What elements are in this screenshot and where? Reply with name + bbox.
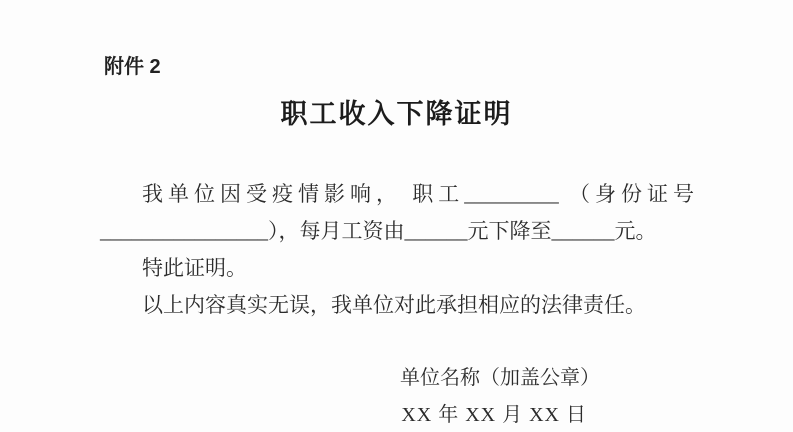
body-paragraph-1-line-2: ________________），每月工资由______元下降至______元… xyxy=(100,213,713,250)
unit-name-seal-line: 单位名称（加盖公章） xyxy=(0,360,793,397)
date-line: XX 年 XX 月 XX 日 xyxy=(0,397,793,432)
document-title: 职工收入下降证明 xyxy=(0,96,793,132)
body-paragraph-2: 特此证明。 xyxy=(100,250,713,287)
body-text-segment: 我单位因受疫情影响， 职工 xyxy=(142,182,464,206)
certificate-document: 附件 2 职工收入下降证明 我单位因受疫情影响， 职工_________ （身份… xyxy=(0,0,793,432)
body-paragraph-3: 以上内容真实无误，我单位对此承担相应的法律责任。 xyxy=(100,287,713,324)
document-body: 我单位因受疫情影响， 职工_________ （身份证号 ___________… xyxy=(100,176,713,324)
signature-block: 单位名称（加盖公章） XX 年 XX 月 XX 日 xyxy=(0,360,793,432)
body-text-segment: （身份证号 xyxy=(559,182,699,206)
attachment-label: 附件 2 xyxy=(104,54,793,80)
body-paragraph-1-line-1: 我单位因受疫情影响， 职工_________ （身份证号 xyxy=(100,176,713,213)
employee-name-blank-field: _________ xyxy=(464,182,559,206)
id-number-blank-field: ________________ xyxy=(100,219,268,243)
body-text-segment: ），每月工资由______元下降至______元。 xyxy=(268,219,657,243)
